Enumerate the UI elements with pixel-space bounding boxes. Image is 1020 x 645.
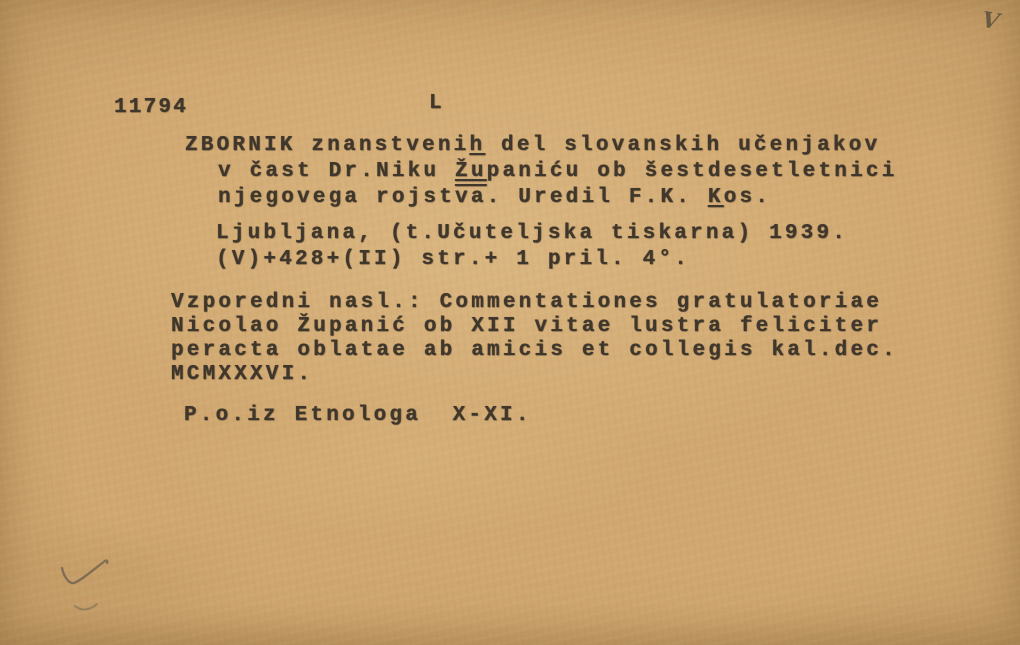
call-number: 11794 <box>114 95 188 121</box>
pencil-check-mark <box>55 550 125 620</box>
typewritten-line: P.o.iz Etnologa X-XI. <box>184 403 532 429</box>
offprint-note: P.o.iz Etnologa X-XI. <box>184 403 532 429</box>
classification-letter: L <box>429 91 445 117</box>
typewritten-line: Ljubljana, (t.Učuteljska tiskarna) 1939. <box>216 221 848 247</box>
title-entry: ZBORNIK znanstvenih del slovanskih učenj… <box>218 133 898 211</box>
check-mark-stroke <box>62 561 107 583</box>
typewritten-line: (V)+428+(II) str.+ 1 pril. 4°. <box>216 247 848 273</box>
typewritten-line: v čast Dr.Niku Županiću ob šestdesetletn… <box>218 159 898 185</box>
typewritten-line: MCMXXXVI. <box>171 363 898 387</box>
typewritten-line: Vzporedni nasl.: Commentationes gratulat… <box>171 291 898 315</box>
imprint-collation: Ljubljana, (t.Učuteljska tiskarna) 1939.… <box>216 221 848 273</box>
typewritten-line: ZBORNIK znanstvenih del slovanskih učenj… <box>185 133 898 159</box>
typewritten-line: njegovega rojstva. Uredil F.K. Kos. <box>218 185 898 211</box>
typewritten-line: peracta oblatae ab amicis et collegis ka… <box>171 339 898 363</box>
typewritten-line: Nicolao Županić ob XII vitae lustra feli… <box>171 315 898 339</box>
small-squiggle-stroke <box>75 604 97 610</box>
parallel-title-note: Vzporedni nasl.: Commentationes gratulat… <box>171 291 898 387</box>
